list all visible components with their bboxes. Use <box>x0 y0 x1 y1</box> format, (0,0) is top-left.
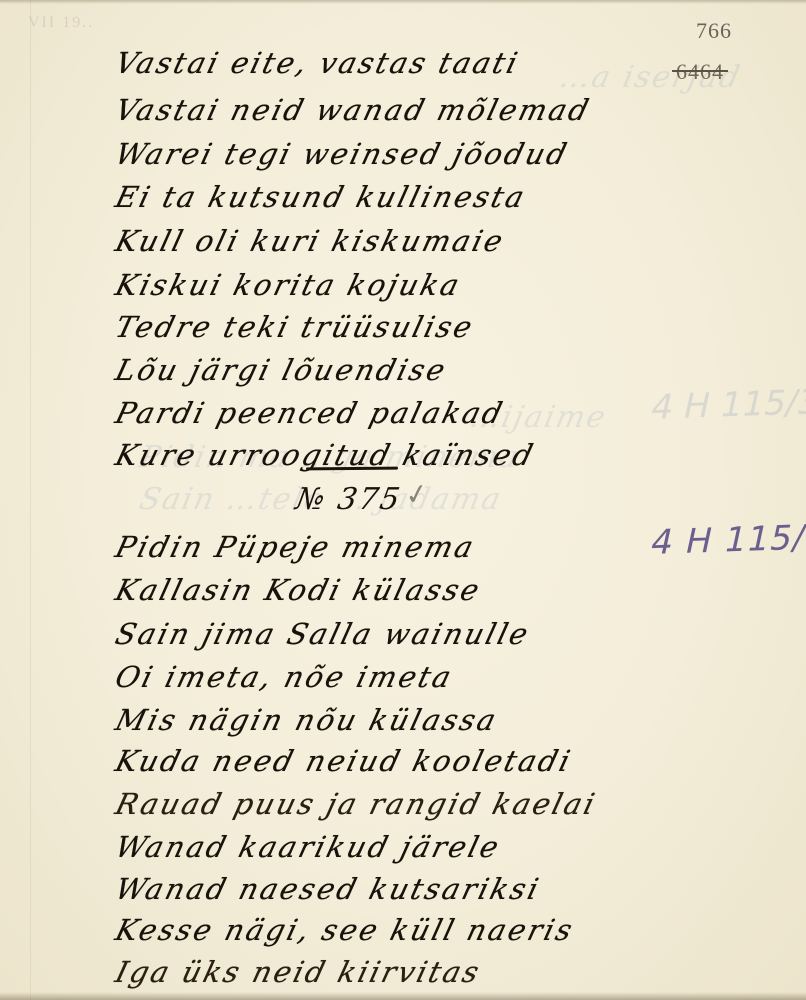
page-top-edge <box>0 0 806 4</box>
archive-reference-text: 4 H 115/3 <box>647 517 806 563</box>
verse-line: Oi imeta, nõe imeta <box>112 660 457 694</box>
archive-number: 766 <box>696 18 732 44</box>
verse-line: Kallasin Kodi külasse <box>112 573 485 607</box>
verse-line: Kesse nägi, see küll naeris <box>112 913 578 947</box>
verse-line: Iga üks neid kiirvitas <box>112 955 485 989</box>
archive-reference: 4 H 115/3 <box>647 517 806 563</box>
archive-reference-ghost-text: 4 H 115/3 <box>647 382 806 428</box>
verse-line: Pardi peenced palakad <box>112 396 508 430</box>
verse-line: Kiskui korita kojuka <box>112 268 465 302</box>
manuscript-page: …a iserjad …ijaime Pidin ma …ga minema S… <box>0 0 806 1000</box>
faint-margin-mark: VII 19.. <box>28 14 94 32</box>
verse-line: Ei ta kutsund kullinesta <box>112 180 530 214</box>
verse-line: Tedre teki trüüsulise <box>112 310 478 344</box>
verse-line: Kull oli kuri kiskumaie <box>112 224 508 258</box>
verse-line: Lõu järgi lõuendise <box>112 353 451 387</box>
old-number-struck: 6464 <box>676 59 724 85</box>
verse-line: Kuda need neiud kooletadi <box>112 744 576 778</box>
archive-reference-ghost: 4 H 115/3 <box>647 382 806 428</box>
verse-line: Pidin Püpeje minema <box>112 530 479 564</box>
verse-line: Sain jima Salla wainulle <box>112 617 534 651</box>
verse-line: Rauad puus ja rangid kaelai <box>112 787 600 821</box>
verse-line: Warei tegi weinsed jõodud <box>112 137 572 171</box>
verse-line: Vastai eite, vastas taati <box>112 46 523 80</box>
section-number: № 375 <box>293 482 404 517</box>
check-mark-icon: ✓ <box>402 477 427 512</box>
verse-line: Wanad naesed kutsariksi <box>112 872 544 906</box>
verse-line: Vastai neid wanad mõlemad <box>112 93 594 127</box>
verse-line: Wanad kaarikud järele <box>112 830 504 864</box>
verse-line: Mis nägin nõu külassa <box>112 703 502 737</box>
